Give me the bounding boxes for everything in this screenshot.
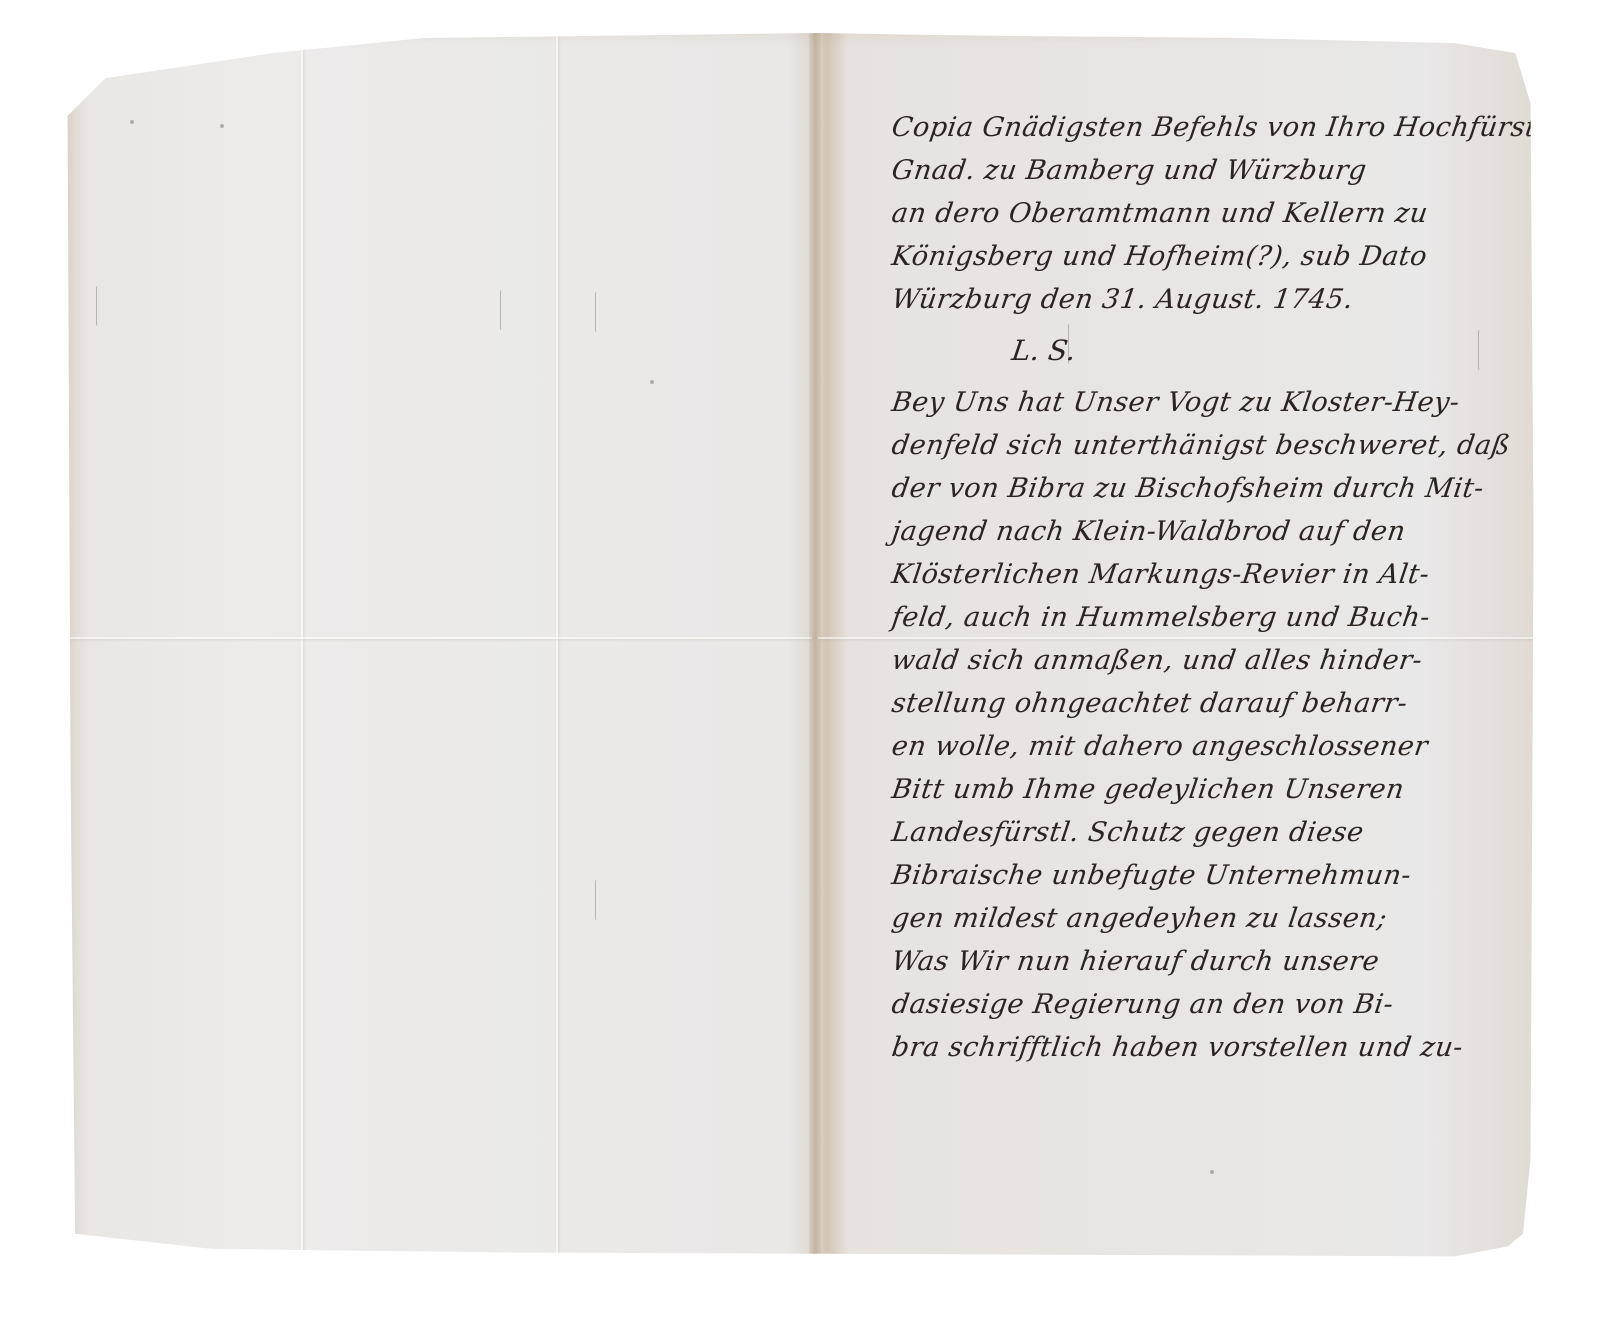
paper-speck [650, 380, 654, 384]
body-line: stellung ohngeachtet darauf beharr- [889, 682, 1515, 725]
body-line: jagend nach Klein-Waldbrod auf den [889, 510, 1515, 553]
margin-ruling-mark [595, 292, 599, 332]
left-page-blank [60, 28, 812, 1284]
fold-crease-vertical [301, 28, 303, 1284]
heading-line: Gnad. zu Bamberg und Würzburg [889, 149, 1515, 192]
margin-ruling-mark [96, 286, 100, 326]
heading-line: Copia Gnädigsten Befehls von Ihro Hochfü… [889, 106, 1515, 149]
body-line: feld, auch in Hummelsberg und Buch- [889, 596, 1515, 639]
paper-speck [220, 124, 224, 128]
paper-speck [1210, 1170, 1214, 1174]
body-line: Landesfürstl. Schutz gegen diese [889, 811, 1515, 854]
body-line: Klösterlichen Markungs-Revier in Alt- [889, 553, 1515, 596]
manuscript-sheet: Copia Gnädigsten Befehls von Ihro Hochfü… [60, 28, 1576, 1284]
fold-crease-horizontal [60, 637, 812, 639]
body-line: wald sich anmaßen, und alles hinder- [889, 639, 1515, 682]
fold-crease-vertical [556, 28, 558, 1284]
margin-ruling-mark [500, 290, 504, 330]
body-line: Bibraische unbefugte Unternehmun- [889, 854, 1515, 897]
body-line: dasiesige Regierung an den von Bi- [889, 983, 1515, 1026]
body-line: bra schrifftlich haben vorstellen und zu… [889, 1026, 1515, 1069]
body-line: denfeld sich unterthänigst beschweret, d… [889, 424, 1515, 467]
heading-line: an dero Oberamtmann und Kellern zu [889, 192, 1515, 235]
manuscript-text: Copia Gnädigsten Befehls von Ihro Hochfü… [892, 106, 1512, 1069]
margin-ruling-mark [595, 880, 599, 920]
body-line: Bitt umb Ihme gedeylichen Unseren [889, 768, 1515, 811]
body-line: Bey Uns hat Unser Vogt zu Kloster-Hey- [889, 381, 1515, 424]
body-line: der von Bibra zu Bischofsheim durch Mit- [889, 467, 1515, 510]
heading-line-date: Würzburg den 31. August. 1745. [889, 278, 1515, 321]
body-line: en wolle, mit dahero angeschlossener [889, 725, 1515, 768]
heading-line: Königsberg und Hofheim(?), sub Dato [889, 235, 1515, 278]
paper-speck [130, 120, 134, 124]
body-line: Was Wir nun hierauf durch unsere [889, 940, 1515, 983]
right-page-text: Copia Gnädigsten Befehls von Ihro Hochfü… [818, 28, 1538, 1284]
body-line: gen mildest angedeyhen zu lassen; [889, 897, 1515, 940]
salutation-ls: L. S. [888, 321, 1516, 381]
